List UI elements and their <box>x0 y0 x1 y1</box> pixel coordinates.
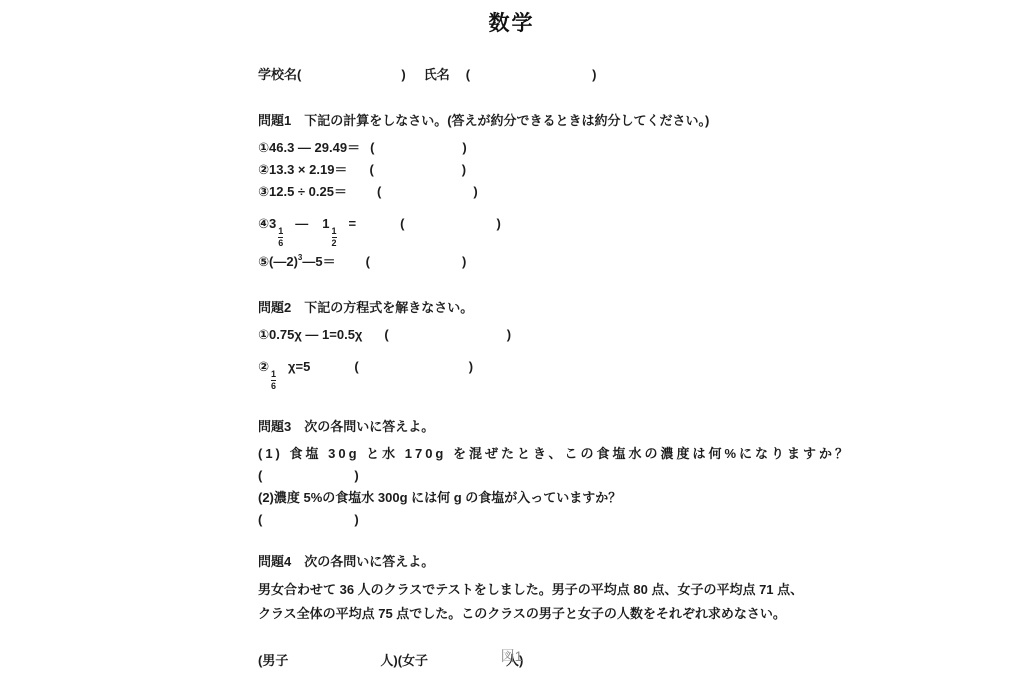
document-content: 学校名()氏名() 問題1 下記の計算をしなさい。(答えが約分できるときは約分し… <box>258 64 818 672</box>
equals-sign: = <box>349 216 357 231</box>
paren-close: ) <box>469 359 473 374</box>
paren-close: ) <box>462 162 466 177</box>
paren-open: ( <box>297 67 301 82</box>
problem3-answer-blank-2: () <box>258 509 818 531</box>
math-test-document: 数学 学校名()氏名() 問題1 下記の計算をしなさい。(答えが約分できるときは… <box>0 0 1023 682</box>
mixed-number-whole: 3 <box>269 216 276 231</box>
paren-close: ) <box>473 184 477 199</box>
mixed-number-whole: 1 <box>322 216 329 231</box>
paren-open: ( <box>370 140 374 155</box>
expression: 12.5 ÷ 0.25＝ <box>269 184 347 199</box>
problem4-heading: 問題4 次の各問いに答えよ。 <box>258 551 818 573</box>
paren-open: ( <box>354 359 358 374</box>
expression: 13.3 × 2.19＝ <box>269 162 347 177</box>
paren-close: ) <box>401 67 405 82</box>
paren-close: ) <box>354 512 358 527</box>
paren-close: ) <box>462 140 466 155</box>
expression: —5＝ <box>302 254 335 269</box>
figure-caption: 図1 <box>0 646 1023 666</box>
item-number: ③ <box>258 184 269 199</box>
paren-open: ( <box>377 184 381 199</box>
problem2-item-1: ①0.75χ — 1=0.5χ() <box>258 324 818 346</box>
paren-close: ) <box>592 67 596 82</box>
paren-open: ( <box>366 254 370 269</box>
problem3-question-1: (1) 食塩 30g と水 170g を混ぜたとき、この食塩水の濃度は何%になり… <box>258 443 818 465</box>
problem1-item-5: ⑤(—2)3—5＝() <box>258 247 818 273</box>
problem2-item-2: ②16χ=5() <box>258 350 818 384</box>
expression: (—2) <box>269 254 298 269</box>
item-number: ⑤ <box>258 254 269 269</box>
paren-close: ) <box>462 254 466 269</box>
item-number: ① <box>258 327 269 342</box>
fraction-denominator: 6 <box>271 380 276 391</box>
paren-open: ( <box>400 216 404 231</box>
paren-open: ( <box>258 468 262 483</box>
fraction: 16 <box>271 370 276 391</box>
page-title: 数学 <box>0 0 1023 37</box>
fraction-numerator: 1 <box>278 227 283 237</box>
expression: 0.75χ — 1=0.5χ <box>269 327 362 342</box>
expression: χ=5 <box>288 359 310 374</box>
paren-open: ( <box>466 67 470 82</box>
school-name-label: 学校名 <box>258 67 297 82</box>
paren-open: ( <box>258 512 262 527</box>
operator: — <box>295 216 308 231</box>
paren-open: ( <box>369 162 373 177</box>
problem3-answer-blank-1: () <box>258 465 818 487</box>
problem4-body-line-2: クラス全体の平均点 75 点でした。このクラスの男子と女子の人数をそれぞれ求めな… <box>258 602 818 626</box>
problem1-item-3: ③12.5 ÷ 0.25＝() <box>258 181 818 203</box>
paren-close: ) <box>354 468 358 483</box>
name-fields-row: 学校名()氏名() <box>258 64 818 86</box>
problem1-item-4: ④316—112=() <box>258 207 818 241</box>
paren-open: ( <box>384 327 388 342</box>
problem4-body-line-1: 男女合わせて 36 人のクラスでテストをしました。男子の平均点 80 点、女子の… <box>258 578 818 602</box>
fraction: 16 <box>278 227 283 248</box>
item-number: ① <box>258 140 269 155</box>
paren-close: ) <box>507 327 511 342</box>
item-number: ④ <box>258 216 269 231</box>
expression: 46.3 — 29.49＝ <box>269 140 360 155</box>
student-name-label: 氏名 <box>424 67 450 82</box>
problem1-item-1: ①46.3 — 29.49＝() <box>258 137 818 159</box>
item-number: ② <box>258 162 269 177</box>
fraction-numerator: 1 <box>332 227 337 237</box>
fraction: 12 <box>332 227 337 248</box>
problem3-heading: 問題3 次の各問いに答えよ。 <box>258 416 818 438</box>
problem1-heading: 問題1 下記の計算をしなさい。(答えが約分できるときは約分してください。) <box>258 110 818 132</box>
problem1-item-2: ②13.3 × 2.19＝() <box>258 159 818 181</box>
problem3-question-2: (2)濃度 5%の食塩水 300g には何 g の食塩が入っていますか？ <box>258 487 818 509</box>
fraction-numerator: 1 <box>271 370 276 380</box>
problem2-heading: 問題2 下記の方程式を解きなさい。 <box>258 297 818 319</box>
paren-close: ) <box>496 216 500 231</box>
item-number: ② <box>258 359 269 374</box>
